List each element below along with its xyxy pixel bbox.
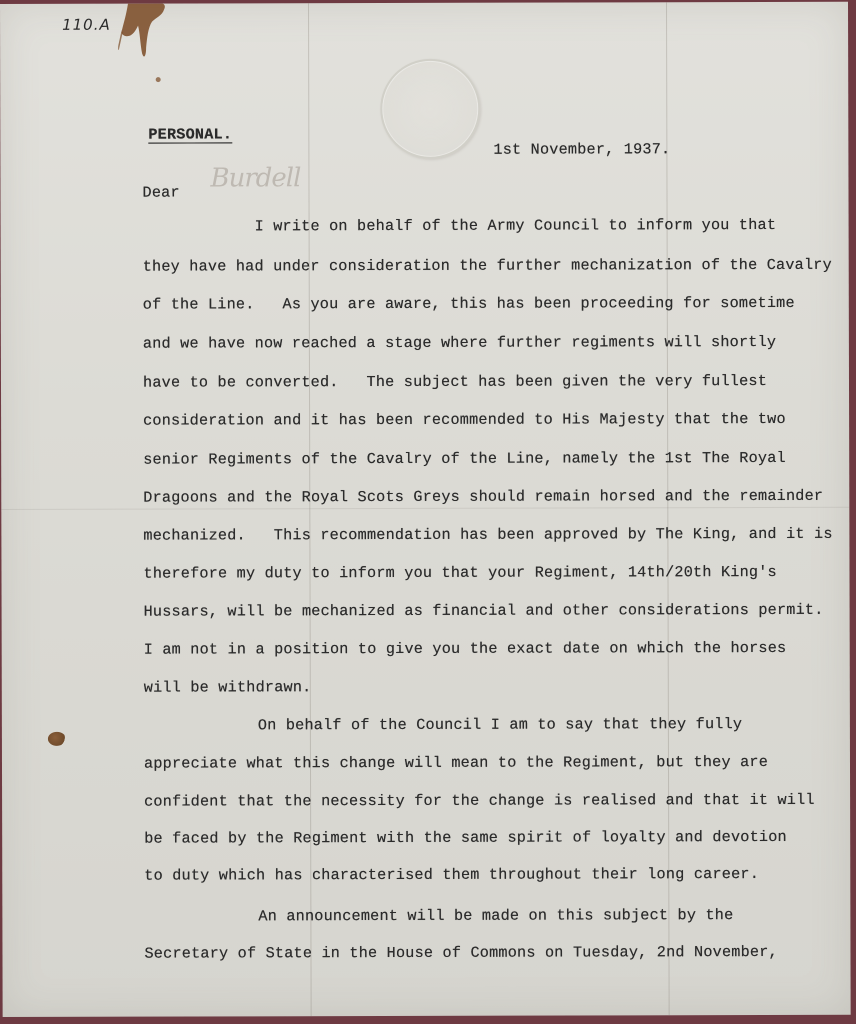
body-line: Dragoons and the Royal Scots Greys shoul…	[143, 487, 823, 507]
archive-reference: 110.A	[62, 16, 111, 34]
paper-fold-line	[308, 3, 312, 1016]
body-line: confident that the necessity for the cha…	[144, 791, 815, 811]
body-line: will be withdrawn.	[144, 678, 312, 696]
body-line: therefore my duty to inform you that you…	[143, 563, 776, 583]
body-line: Secretary of State in the House of Commo…	[144, 943, 777, 963]
body-line: Hussars, will be mechanized as financial…	[144, 601, 824, 621]
body-line: On behalf of the Council I am to say tha…	[258, 715, 742, 734]
document-heading: PERSONAL.	[148, 125, 232, 143]
body-line: An announcement will be made on this sub…	[258, 906, 733, 925]
body-line: of the Line. As you are aware, this has …	[143, 294, 795, 314]
body-line: have to be converted. The subject has be…	[143, 372, 767, 392]
ink-stain-icon	[118, 4, 170, 84]
body-line: consideration and it has been recommende…	[143, 410, 786, 430]
letter-date: 1st November, 1937.	[493, 140, 670, 158]
stain-spot-icon	[48, 732, 66, 746]
body-line: they have had under consideration the fu…	[143, 256, 832, 276]
body-line: to duty which has characterised them thr…	[144, 865, 759, 885]
handwritten-addressee: Burdell	[210, 163, 300, 193]
body-line: senior Regiments of the Cavalry of the L…	[143, 449, 786, 469]
paper-fold-line	[1, 507, 849, 510]
body-line: I am not in a position to give you the e…	[144, 639, 787, 659]
letter-page: 110.A PERSONAL. 1st November, 1937. Dear…	[0, 2, 851, 1017]
body-line: I write on behalf of the Army Council to…	[255, 216, 777, 235]
body-line: and we have now reached a stage where fu…	[143, 333, 776, 353]
embossed-seal-icon	[380, 59, 480, 159]
salutation: Dear	[142, 184, 179, 202]
body-line: be faced by the Regiment with the same s…	[144, 828, 787, 848]
body-line: appreciate what this change will mean to…	[144, 753, 768, 773]
body-line: mechanized. This recommendation has been…	[143, 525, 832, 545]
